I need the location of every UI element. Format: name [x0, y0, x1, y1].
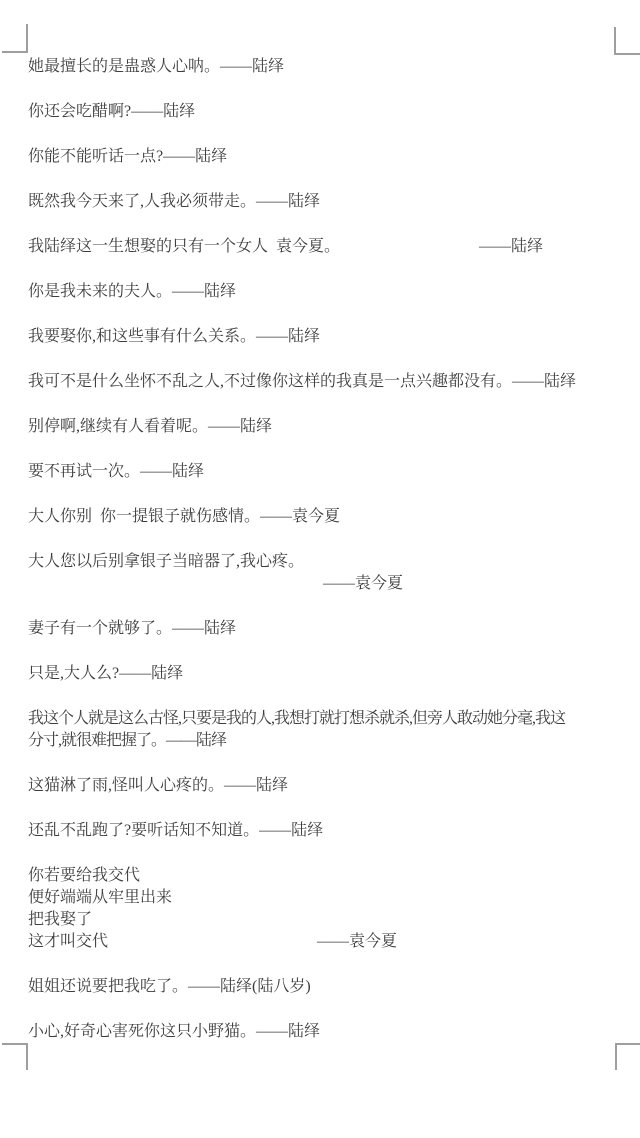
quote-text: 别停啊,继续有人看着呢。——陆绎: [28, 418, 272, 435]
quote-line: 妻子有一个就够了。——陆绎: [28, 618, 612, 640]
quote-paragraph: 我要娶你,和这些事有什么关系。——陆绎: [28, 326, 612, 348]
quote-text: 我要娶你,和这些事有什么关系。——陆绎: [28, 328, 320, 345]
quote-text: 既然我今天来了,人我必须带走。——陆绎: [28, 193, 320, 210]
quote-paragraph: 要不再试一次。——陆绎: [28, 461, 612, 483]
quote-paragraph: 你能不能听话一点?——陆绎: [28, 146, 612, 168]
quote-text: 要不再试一次。——陆绎: [28, 463, 204, 480]
quote-line: 便好端端从牢里出来: [28, 887, 612, 909]
quote-line: 还乱不乱跑了?要听话知不知道。——陆绎: [28, 820, 612, 842]
quote-line: 你是我未来的夫人。——陆绎: [28, 281, 612, 303]
quote-paragraph: 大人你别 你一提银子就伤感情。——袁今夏: [28, 506, 612, 528]
quote-line: 分寸,就很难把握了。——陆绎: [28, 730, 612, 752]
quote-line: 这猫淋了雨,怪叫人心疼的。——陆绎: [28, 775, 612, 797]
quote-line: 只是,大人么?——陆绎: [28, 663, 612, 685]
quote-paragraph: 还乱不乱跑了?要听话知不知道。——陆绎: [28, 820, 612, 842]
quote-line: 要不再试一次。——陆绎: [28, 461, 612, 483]
quote-attribution: ——袁今夏: [323, 573, 612, 595]
quote-paragraph: 你是我未来的夫人。——陆绎: [28, 281, 612, 303]
quote-text: 她最擅长的是蛊惑人心呐。——陆绎: [28, 58, 284, 75]
quote-line: 她最擅长的是蛊惑人心呐。——陆绎: [28, 56, 612, 78]
quote-line: 我这个人就是这么古怪,只要是我的人,我想打就打想杀就杀,但旁人敢动她分毫,我这: [28, 708, 612, 730]
quote-line: 大人您以后别拿银子当暗器了,我心疼。: [28, 551, 612, 573]
quote-text: 姐姐还说要把我吃了。——陆绎(陆八岁): [28, 978, 311, 995]
quote-text: 这猫淋了雨,怪叫人心疼的。——陆绎: [28, 777, 288, 794]
quote-text: 你还会吃醋啊?——陆绎: [28, 103, 195, 120]
quote-text: 我可不是什么坐怀不乱之人,不过像你这样的我真是一点兴趣都没有。——陆绎: [28, 373, 576, 390]
quote-paragraph: 你还会吃醋啊?——陆绎: [28, 101, 612, 123]
quote-attribution: ——陆绎: [479, 236, 543, 258]
quote-text: 妻子有一个就够了。——陆绎: [28, 620, 236, 637]
quote-text: 这才叫交代: [28, 931, 108, 953]
quote-paragraph: 我可不是什么坐怀不乱之人,不过像你这样的我真是一点兴趣都没有。——陆绎: [28, 371, 612, 393]
quote-paragraph: 别停啊,继续有人看着呢。——陆绎: [28, 416, 612, 438]
quote-paragraph: 妻子有一个就够了。——陆绎: [28, 618, 612, 640]
quote-line: 我要娶你,和这些事有什么关系。——陆绎: [28, 326, 612, 348]
quote-paragraph: 既然我今天来了,人我必须带走。——陆绎: [28, 191, 612, 213]
quote-line: 姐姐还说要把我吃了。——陆绎(陆八岁): [28, 976, 612, 998]
quote-text: 便好端端从牢里出来: [28, 889, 172, 906]
quote-text: 大人你别 你一提银子就伤感情。——袁今夏: [28, 508, 340, 525]
quote-paragraph: 我陆绎这一生想娶的只有一个女人 袁今夏。——陆绎: [28, 236, 612, 258]
quote-paragraph: 小心,好奇心害死你这只小野猫。——陆绎: [28, 1021, 612, 1043]
quote-text: 我陆绎这一生想娶的只有一个女人 袁今夏。: [28, 236, 340, 258]
quote-text: 你能不能听话一点?——陆绎: [28, 148, 227, 165]
quote-paragraph: 这猫淋了雨,怪叫人心疼的。——陆绎: [28, 775, 612, 797]
quote-text: 只是,大人么?——陆绎: [28, 665, 183, 682]
quote-paragraph: 她最擅长的是蛊惑人心呐。——陆绎: [28, 56, 612, 78]
quote-line: 把我娶了: [28, 909, 612, 931]
quote-line: 我可不是什么坐怀不乱之人,不过像你这样的我真是一点兴趣都没有。——陆绎: [28, 371, 612, 393]
corner-mark-top-right: [614, 27, 640, 55]
quote-attribution: ——袁今夏: [317, 931, 397, 953]
quote-line: 你还会吃醋啊?——陆绎: [28, 101, 612, 123]
quote-line: 你若要给我交代: [28, 865, 612, 887]
quote-line: 我陆绎这一生想娶的只有一个女人 袁今夏。——陆绎: [28, 236, 612, 258]
quote-text: 大人您以后别拿银子当暗器了,我心疼。: [28, 553, 304, 570]
quote-text: 我这个人就是这么古怪,只要是我的人,我想打就打想杀就杀,但旁人敢动她分毫,我这: [28, 710, 565, 727]
quote-line: 小心,好奇心害死你这只小野猫。——陆绎: [28, 1021, 612, 1043]
corner-mark-bottom-right: [615, 1043, 640, 1070]
quote-line: 这才叫交代——袁今夏: [28, 931, 612, 953]
quote-text: 把我娶了: [28, 911, 92, 928]
quote-line: 你能不能听话一点?——陆绎: [28, 146, 612, 168]
quote-paragraph: 你若要给我交代便好端端从牢里出来把我娶了这才叫交代——袁今夏: [28, 865, 612, 953]
quotes-list: 她最擅长的是蛊惑人心呐。——陆绎你还会吃醋啊?——陆绎你能不能听话一点?——陆绎…: [28, 56, 612, 1066]
quote-text: 小心,好奇心害死你这只小野猫。——陆绎: [28, 1023, 320, 1040]
quote-line: 别停啊,继续有人看着呢。——陆绎: [28, 416, 612, 438]
quote-text: 分寸,就很难把握了。——陆绎: [28, 732, 226, 749]
quote-text: 你是我未来的夫人。——陆绎: [28, 283, 236, 300]
quote-paragraph: 姐姐还说要把我吃了。——陆绎(陆八岁): [28, 976, 612, 998]
quote-line: 既然我今天来了,人我必须带走。——陆绎: [28, 191, 612, 213]
quote-paragraph: 大人您以后别拿银子当暗器了,我心疼。——袁今夏: [28, 551, 612, 595]
document-page: 她最擅长的是蛊惑人心呐。——陆绎你还会吃醋啊?——陆绎你能不能听话一点?——陆绎…: [0, 0, 640, 1138]
quote-text: 还乱不乱跑了?要听话知不知道。——陆绎: [28, 822, 323, 839]
quote-paragraph: 只是,大人么?——陆绎: [28, 663, 612, 685]
quote-paragraph: 我这个人就是这么古怪,只要是我的人,我想打就打想杀就杀,但旁人敢动她分毫,我这分…: [28, 708, 612, 752]
corner-mark-bottom-left: [2, 1043, 28, 1070]
corner-mark-top-left: [2, 24, 28, 53]
quote-text: 你若要给我交代: [28, 867, 140, 884]
quote-line: 大人你别 你一提银子就伤感情。——袁今夏: [28, 506, 612, 528]
